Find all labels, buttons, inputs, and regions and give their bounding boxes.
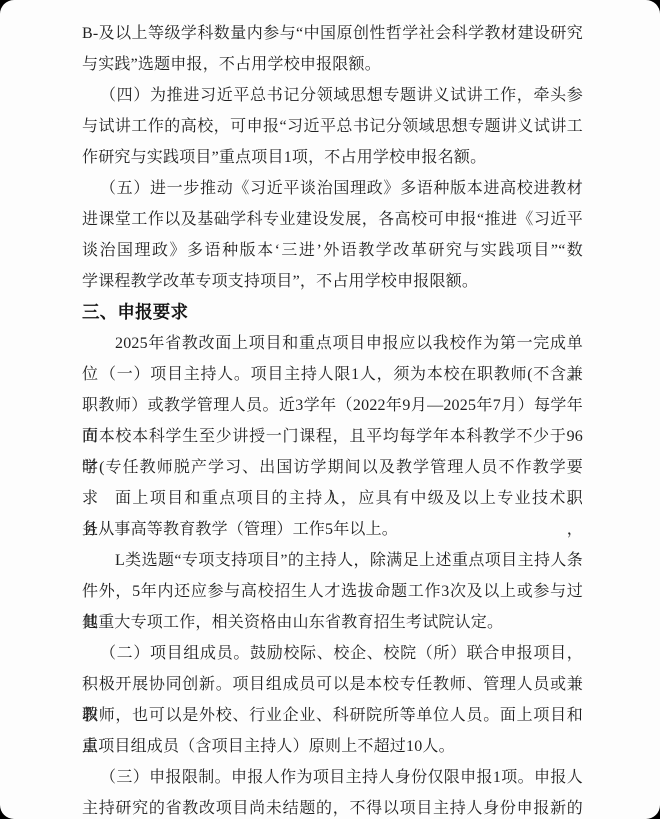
document-body: B-及以上等级学科数量内参与“中国原创性哲学社会科学教材建设研究与实践”选题申报… [0, 0, 583, 819]
text-line: 时(专任教师脱产学习、出国访学期间以及教学管理人员不作教学要求）。 [82, 452, 583, 483]
text-line: 主持研究的省教改项目尚未结题的，不得以项目主持人身份申报新的项 [82, 793, 583, 819]
text-line: （五）进一步推动《习近平谈治国理政》多语种版本进高校进教材 [82, 173, 583, 204]
text-line: （二）项目组成员。鼓励校际、校企、校院（所）联合申报项目， [82, 638, 583, 669]
text-line: 面上项目和重点项目的主持人，应具有中级及以上专业技术职务， [82, 483, 583, 514]
text-line: （一）项目主持人。项目主持人限1人，须为本校在职教师(不含兼 [82, 359, 583, 390]
text-line: 件外，5年内还应参与高校招生人才选拔命题工作3次及以上或参与过其 [82, 576, 583, 607]
text-line: 与试讲工作的高校，可申报“习近平总书记分领域思想专题讲义试讲工 [82, 111, 583, 142]
text-line: 职教师）或教学管理人员。近3学年（2022年9月—2025年7月）每学年面 [82, 390, 583, 421]
text-line: B-及以上等级学科数量内参与“中国原创性哲学社会科学教材建设研究 [82, 18, 583, 49]
text-line: 点项目组成员（含项目主持人）原则上不超过10人。 [82, 731, 583, 762]
text-line: 与实践”选题申报，不占用学校申报限额。 [82, 49, 583, 80]
text-line: 谈治国理政》多语种版本‘三进’外语教学改革研究与实践项目”“数 [82, 235, 583, 266]
document-page: B-及以上等级学科数量内参与“中国原创性哲学社会科学教材建设研究与实践”选题申报… [0, 0, 660, 819]
text-line: 作研究与实践项目”重点项目1项，不占用学校申报名额。 [82, 142, 583, 173]
text-line: 2025年省教改面上项目和重点项目申报应以我校作为第一完成单位。 [82, 328, 583, 359]
section-heading: 三、申报要求 [82, 297, 583, 328]
text-line: 教师，也可以是外校、行业企业、科研院所等单位人员。面上项目和重 [82, 700, 583, 731]
text-line: L类选题“专项支持项目”的主持人，除满足上述重点项目主持人条 [82, 545, 583, 576]
text-line: 他重大专项工作，相关资格由山东省教育招生考试院认定。 [82, 607, 583, 638]
text-line: 进课堂工作以及基础学科专业建设发展，各高校可申报“推进《习近平 [82, 204, 583, 235]
text-line: 向本校本科学生至少讲授一门课程，且平均每学年本科教学不少于96学 [82, 421, 583, 452]
text-line: （四）为推进习近平总书记分领域思想专题讲义试讲工作，牵头参 [82, 80, 583, 111]
text-line: （三）申报限制。申报人作为项目主持人身份仅限申报1项。申报人 [82, 762, 583, 793]
text-line: 积极开展协同创新。项目组成员可以是本校专任教师、管理人员或兼职 [82, 669, 583, 700]
text-line: 学课程教学改革专项支持项目”，不占用学校申报限额。 [82, 266, 583, 297]
